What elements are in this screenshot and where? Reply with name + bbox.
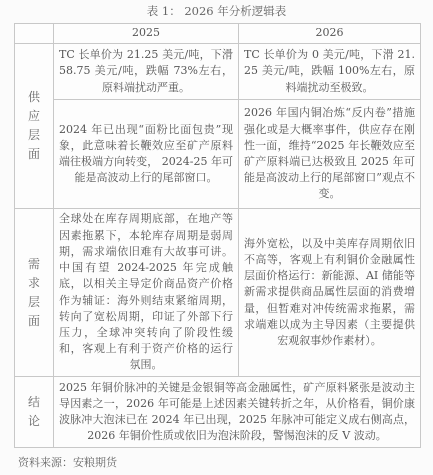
table-row-demand: 需求层面 全球处在库存周期底部，在地产等因素拖累下，本轮库存周期是弱周期，需求端… <box>15 209 421 377</box>
header-empty-cell <box>15 24 54 44</box>
header-2026: 2026 <box>239 24 421 44</box>
analysis-logic-table: 2025 2026 供应层面 TC 长单价为 21.25 美元/吨，下滑 58.… <box>14 23 421 448</box>
demand-2025-cell: 全球处在库存周期底部，在地产等因素拖累下，本轮库存周期是弱周期，需求端依旧难有大… <box>54 209 239 377</box>
table-title: 表 1： 2026 年分析逻辑表 <box>0 3 433 19</box>
conclusion-cell: 2025 年铜价脉冲的关键是金银铜等高金融属性，矿产原料紧张是波动主导因素之一，… <box>54 377 421 448</box>
table-row-supply-2: 2024 年已出现“面粉比面包贵”现象，此意味着长鞭效应至矿产原料端往极端方向转… <box>15 100 421 209</box>
table-row-supply-1: 供应层面 TC 长单价为 21.25 美元/吨，下滑 58.75 美元/吨，跌幅… <box>15 44 421 100</box>
supply-2025-logic-cell: 2024 年已出现“面粉比面包贵”现象，此意味着长鞭效应至矿产原料端往极端方向转… <box>54 100 239 209</box>
table-header-row: 2025 2026 <box>15 24 421 44</box>
row-label-conclusion: 结论 <box>15 377 54 448</box>
source-note: 资料来源：安粮期货 <box>18 455 117 471</box>
supply-2026-logic-cell: 2026 年国内铜冶炼“反内卷”措施强化或是大概率事件，供应存在刚性一面，维持“… <box>239 100 421 209</box>
header-2025: 2025 <box>54 24 239 44</box>
table-row-conclusion: 结论 2025 年铜价脉冲的关键是金银铜等高金融属性，矿产原料紧张是波动主导因素… <box>15 377 421 448</box>
supply-2026-tc-cell: TC 长单价为 0 美元/吨，下滑 21.25 美元/吨，跌幅 100%左右，原… <box>239 44 421 100</box>
row-label-supply: 供应层面 <box>15 44 54 209</box>
demand-2026-cell: 海外宽松，以及中美库存周期依旧不高等，客观上有利铜价金融属性层面价格运行：新能源… <box>239 209 421 377</box>
row-label-demand: 需求层面 <box>15 209 54 377</box>
supply-2025-tc-cell: TC 长单价为 21.25 美元/吨，下滑 58.75 美元/吨，跌幅 73%左… <box>54 44 239 100</box>
